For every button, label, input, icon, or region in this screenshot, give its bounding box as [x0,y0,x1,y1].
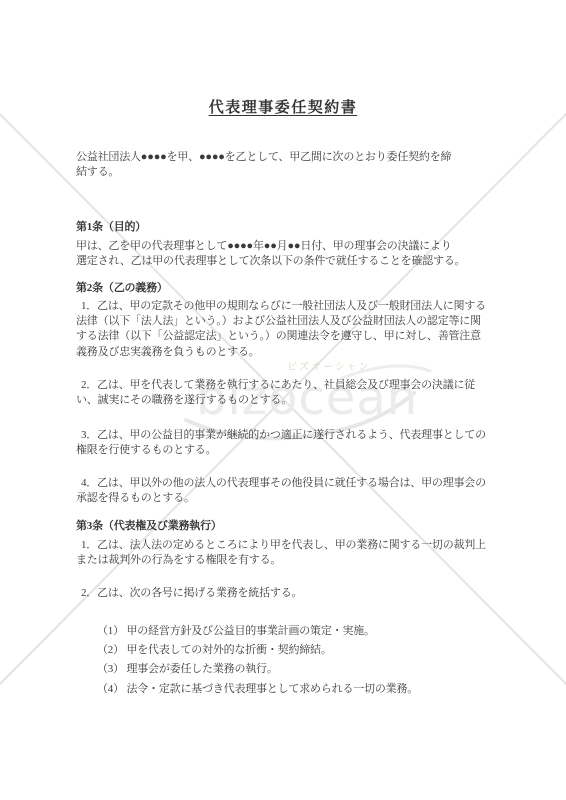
watermark-logo-kana: ビズオーシャン [287,363,371,373]
article-2-paragraph-2: 2．乙は、甲を代表して業務を執行するにあたり、社員総会及び理事会の決議に従 い、… [76,378,494,408]
article-2-heading: 第2条（乙の義務） [76,281,494,296]
article-1-paragraph-1: 甲は、乙を甲の代表理事として●●●●年●●月●●日付、甲の理事会の決議により 選… [76,239,494,269]
document-title-text: 代表理事委任契約書 [209,100,358,116]
article-2-paragraph-1: 1．乙は、甲の定款その他甲の規則ならびに一般社団法人及び一般財団法人に関する 法… [76,299,494,360]
article-3-heading: 第3条（代表権及び業務執行） [76,519,494,534]
intro-paragraph: 公益社団法人●●●●を甲、●●●●を乙として、甲乙間に次のとおり委任契約を締 結… [76,150,494,180]
article-3-paragraph-1: 1．乙は、法人法の定めるところにより甲を代表し、甲の業務に関する一切の裁判上 ま… [76,538,494,568]
article-3-paragraph-2: 2．乙は、次の各号に掲げる業務を統括する。 [76,586,494,601]
article-2-paragraph-4: 4．乙は、甲以外の他の法人の代表理事その他役員に就任する場合は、甲の理事会の 承… [76,476,494,506]
document-title: 代表理事委任契約書 [0,96,566,117]
article-2-paragraph-3: 3．乙は、甲の公益目的事業が継続的かつ適正に遂行されるよう、代表理事としての 権… [76,428,494,458]
article-1-heading: 第1条（目的） [76,220,494,235]
article-3-item-list: （1） 甲の経営方針及び公益目的事業計画の策定・実施。 （2） 甲を代表しての対… [97,622,515,699]
document-page: bizocean ビズオーシャン 代表理事委任契約書 公益社団法人●●●●を甲、… [0,0,566,800]
